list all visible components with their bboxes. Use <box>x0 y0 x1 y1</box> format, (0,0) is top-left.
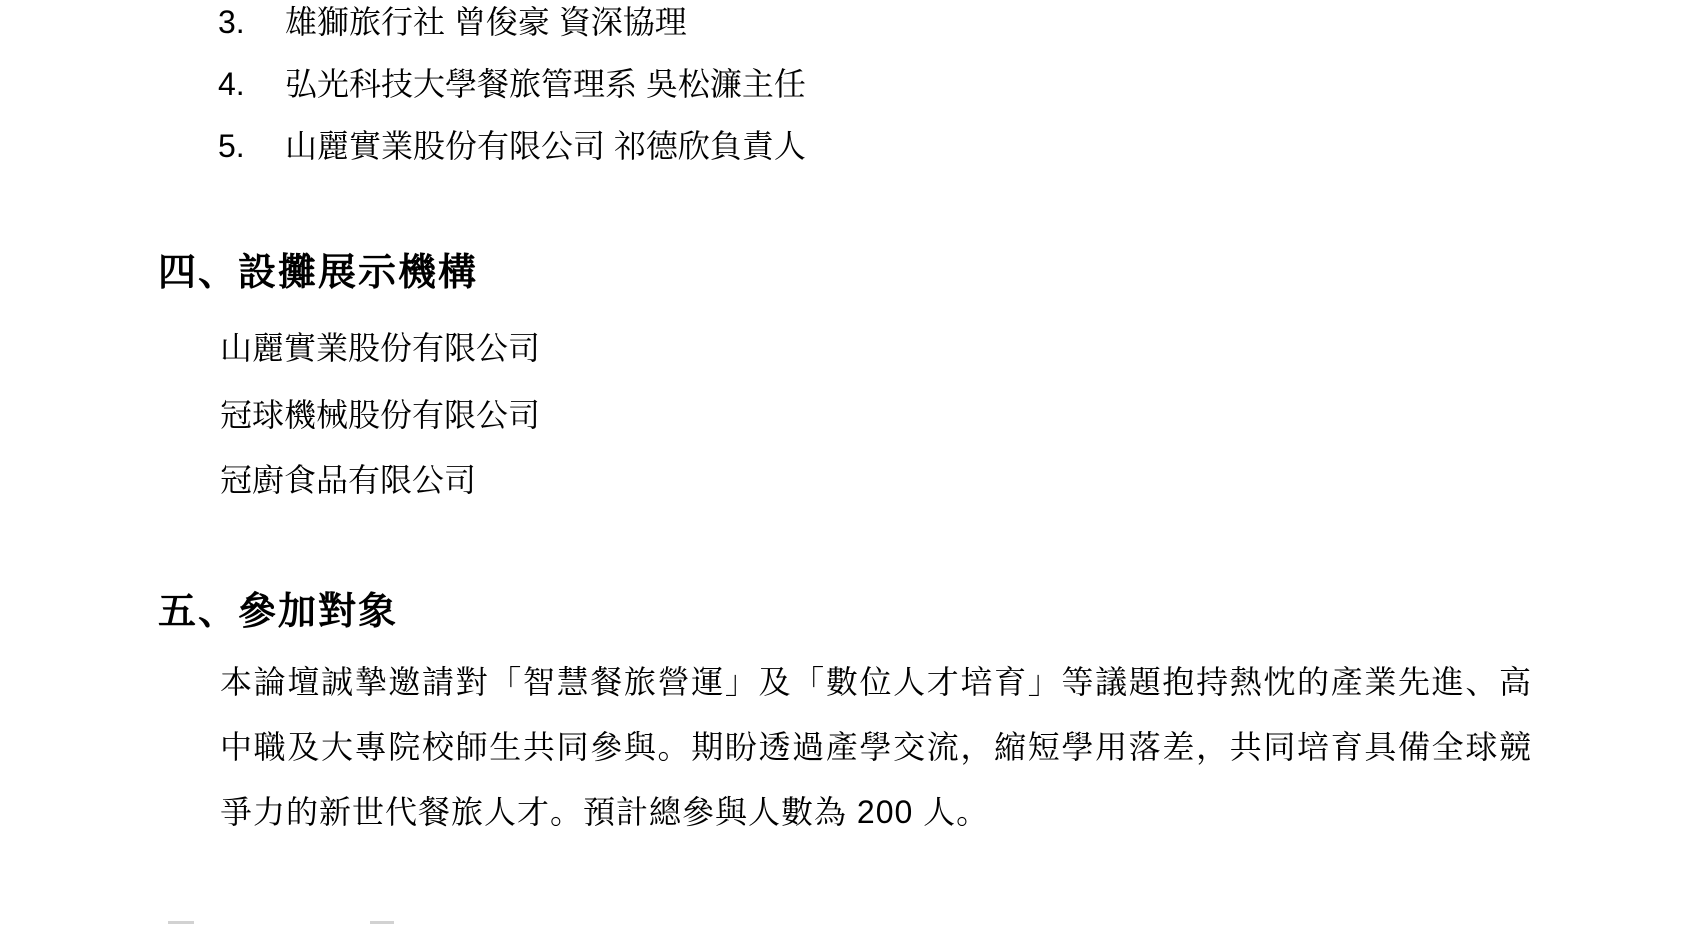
list-item-text: 山麗實業股份有限公司 祁德欣負責人 <box>285 124 806 168</box>
list-item-text: 雄獅旅行社 曾俊豪 資深協理 <box>285 0 687 44</box>
list-item-number: 3. <box>218 0 285 44</box>
company-name: 冠廚食品有限公司 <box>220 458 476 502</box>
cutoff-next-heading-fragment <box>370 921 394 924</box>
paragraph-line: 爭力的新世代餐旅人才。預計總參與人數為 200 人。 <box>220 780 1532 845</box>
section-five-heading: 五、參加對象 <box>158 588 398 636</box>
list-item-4: 4. 弘光科技大學餐旅管理系 吳松濂主任 <box>218 62 806 106</box>
company-name: 山麗實業股份有限公司 <box>220 326 540 370</box>
company-name: 冠球機械股份有限公司 <box>220 393 540 437</box>
list-item-number: 4. <box>218 62 285 106</box>
list-item-5: 5. 山麗實業股份有限公司 祁德欣負責人 <box>218 124 806 168</box>
list-item-text: 弘光科技大學餐旅管理系 吳松濂主任 <box>285 62 806 106</box>
section-five-paragraph: 本論壇誠摯邀請對「智慧餐旅營運」及「數位人才培育」等議題抱持熱忱的產業先進、高 … <box>220 650 1532 845</box>
section-four-heading: 四、設攤展示機構 <box>158 249 478 297</box>
paragraph-line: 本論壇誠摯邀請對「智慧餐旅營運」及「數位人才培育」等議題抱持熱忱的產業先進、高 <box>220 650 1532 715</box>
document-page: 3. 雄獅旅行社 曾俊豪 資深協理 4. 弘光科技大學餐旅管理系 吳松濂主任 5… <box>0 0 1700 927</box>
cutoff-next-heading-fragment <box>168 921 194 924</box>
list-item-number: 5. <box>218 124 285 168</box>
list-item-3: 3. 雄獅旅行社 曾俊豪 資深協理 <box>218 0 687 44</box>
paragraph-line: 中職及大專院校師生共同參與。期盼透過產學交流，縮短學用落差，共同培育具備全球競 <box>220 715 1532 780</box>
